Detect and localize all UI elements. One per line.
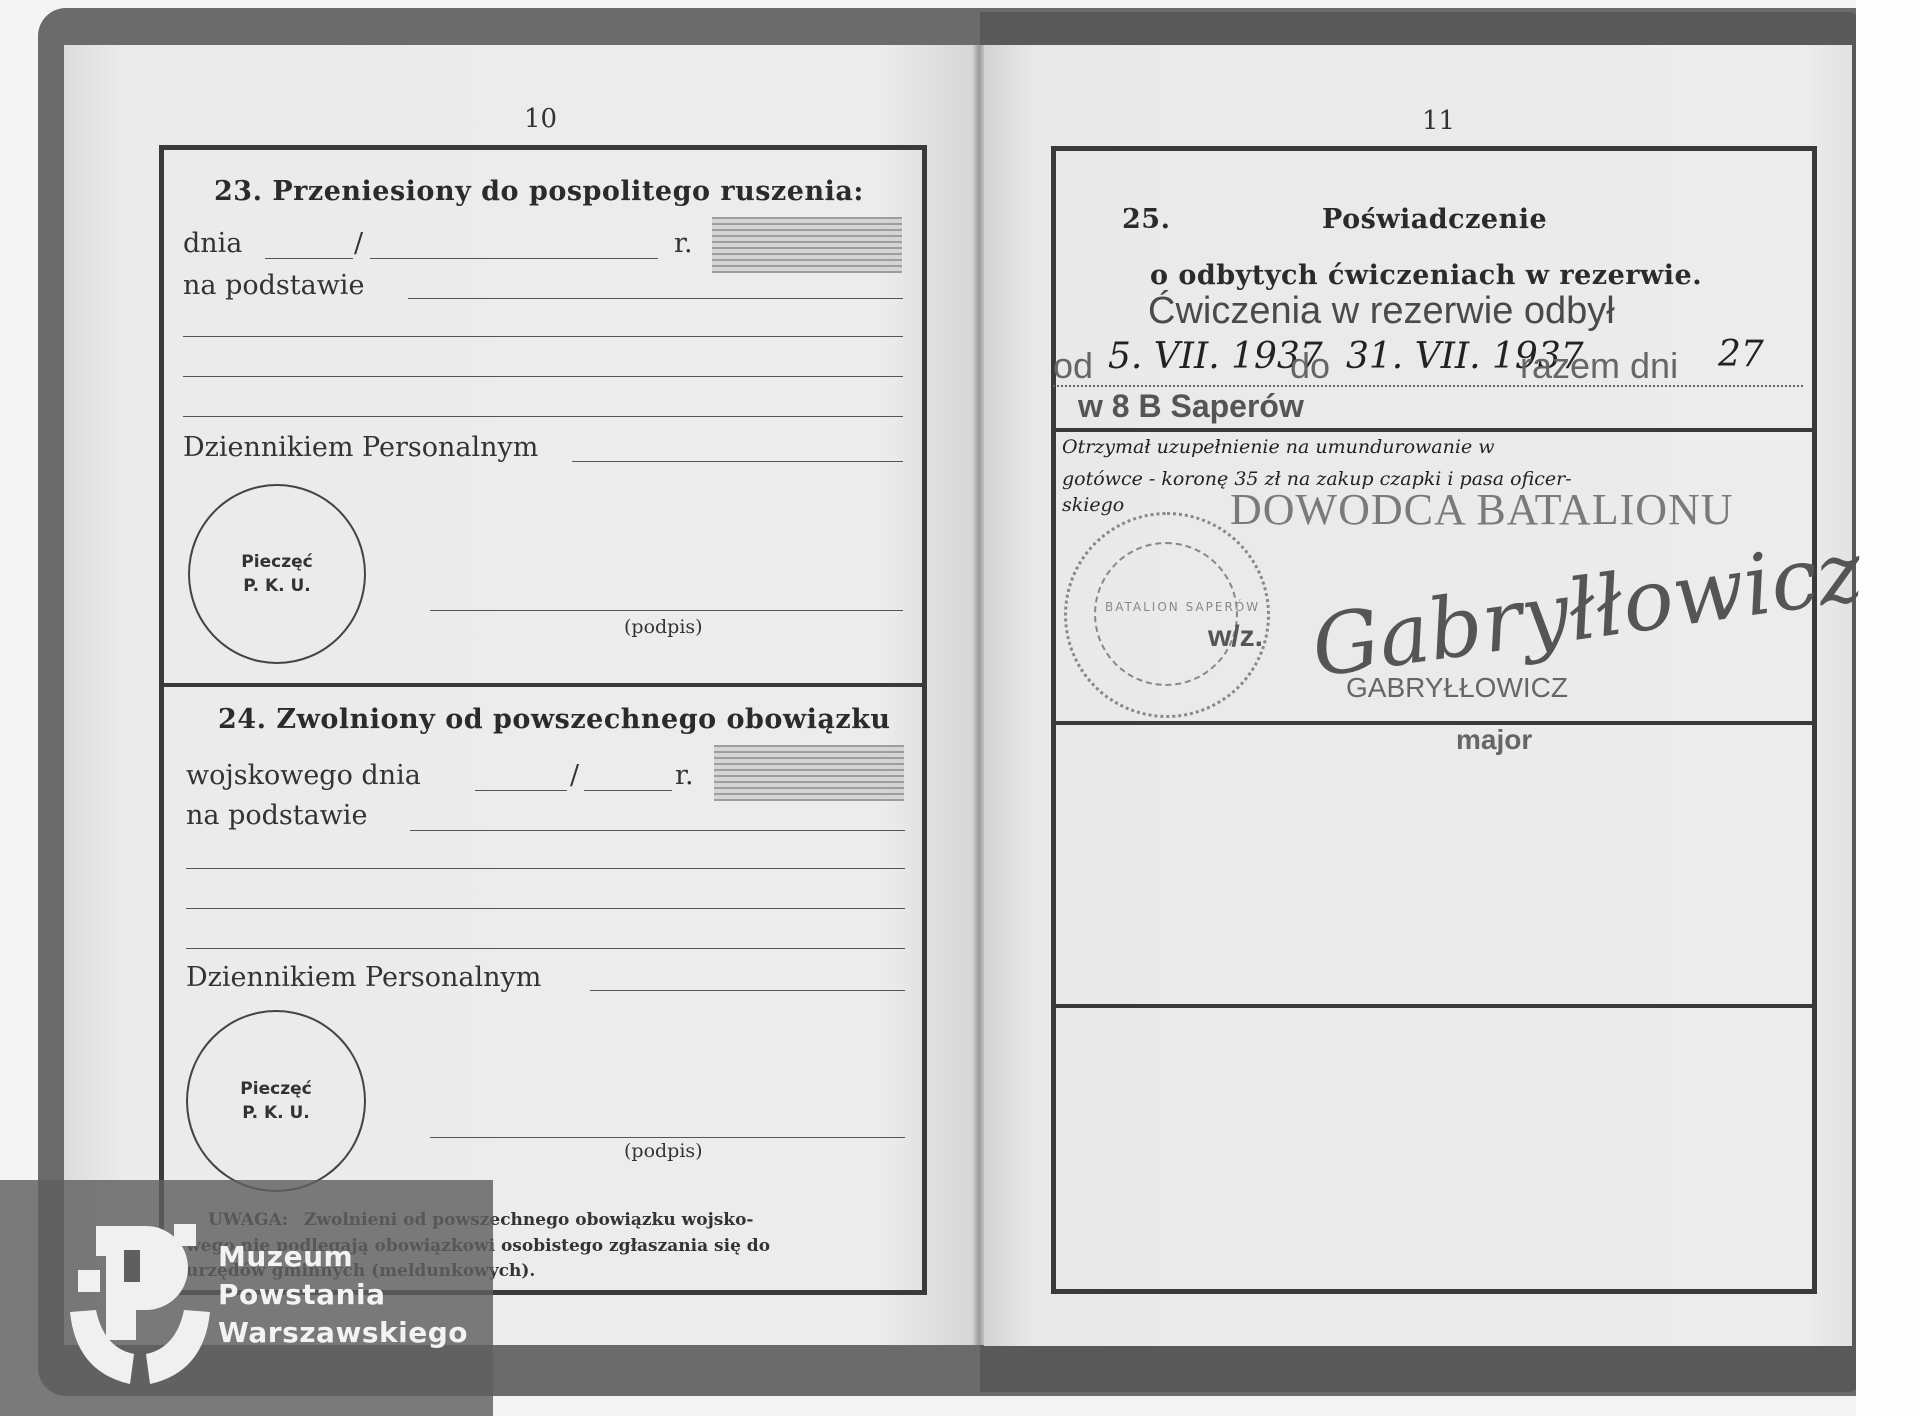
section-23-signature-caption: (podpis) [624, 616, 703, 638]
commander-rank: major [1456, 724, 1532, 756]
section-23-basis-label: na podstawie [183, 270, 364, 301]
watermark-line-1: Muzeum [218, 1240, 353, 1273]
section-24-basis-label: na podstawie [186, 800, 367, 831]
section-23-date-label: dnia [183, 228, 242, 259]
watermark-line-3: Warszawskiego [218, 1316, 468, 1349]
year-hatch-pattern [712, 217, 902, 273]
section-25-number: 25. [1122, 204, 1170, 235]
handwritten-note-line-1: Otrzymał uzupełnienie na umundurowanie w [1062, 436, 1495, 458]
stamp-label-line2: P. K. U. [242, 1101, 310, 1125]
section-24-heading: 24. Zwolniony od powszechnego obowiązku [218, 704, 891, 735]
section-24-journal-field[interactable] [590, 990, 905, 991]
section-24-basis-line-2[interactable] [186, 868, 905, 869]
section-23-journal-label: Dziennikiem Personalnym [183, 432, 538, 463]
section-23-signature-field[interactable] [430, 610, 903, 611]
section-23-basis-field[interactable] [408, 298, 903, 299]
section-24-signature-caption: (podpis) [624, 1140, 703, 1162]
year-suffix: r. [674, 228, 693, 259]
unit-divider [1055, 428, 1813, 432]
to-label: do [1290, 345, 1330, 387]
museum-watermark: Muzeum Powstania Warszawskiego [0, 1180, 493, 1416]
section-24-basis-line-3[interactable] [186, 908, 905, 909]
section-23-day-field[interactable] [265, 258, 353, 259]
section-24-basis-line-4[interactable] [186, 948, 905, 949]
lower-divider [1055, 1004, 1813, 1008]
total-label: razem dni [1520, 345, 1678, 387]
section-24-day-field[interactable] [475, 790, 567, 791]
section-23-heading: 23. Przeniesiony do pospolitego ruszenia… [214, 176, 864, 207]
stamp-label-line2: P. K. U. [243, 574, 311, 598]
typed-exercises-line: Ćwiczenia w rezerwie odbył [1148, 290, 1615, 333]
date-separator: / [354, 228, 363, 259]
section-24-signature-field[interactable] [430, 1137, 905, 1138]
section-24-month-field[interactable] [584, 790, 672, 791]
battalion-stamp-inner [1094, 542, 1238, 686]
section-25-subtitle: o odbytych ćwiczeniach w rezerwie. [1150, 260, 1702, 291]
section-24-basis-field[interactable] [410, 830, 905, 831]
round-stamp-text: BATALION SAPERÓW [1105, 600, 1260, 614]
background-edge [1856, 0, 1920, 1416]
from-label: od [1053, 345, 1093, 387]
section-23-basis-line-4[interactable] [183, 416, 903, 417]
stamp-label-line1: Pieczęć [241, 550, 312, 574]
year-suffix: r. [675, 760, 694, 791]
year-hatch-pattern [714, 745, 904, 801]
watermark-line-2: Powstania [218, 1278, 386, 1311]
commander-name: GABRYŁŁOWICZ [1346, 672, 1568, 704]
stamp-label-line1: Pieczęć [240, 1077, 311, 1101]
section-25-title: Poświadczenie [1322, 204, 1547, 235]
date-separator: / [570, 760, 579, 791]
section-23-basis-line-3[interactable] [183, 376, 903, 377]
section-23-journal-field[interactable] [572, 461, 903, 462]
pku-stamp-placeholder: Pieczęć P. K. U. [188, 484, 366, 664]
page-number-right: 11 [1422, 106, 1455, 136]
section-23-month-field[interactable] [370, 258, 658, 259]
unit-name: w 8 B Saperów [1078, 388, 1304, 425]
commander-title: DOWODCA BATALIONU [1230, 484, 1734, 535]
section-divider [163, 683, 923, 687]
page-number-left: 10 [524, 104, 557, 134]
on-behalf-mark: w/z. [1208, 620, 1263, 654]
total-days: 27 [1718, 334, 1764, 375]
dates-dotted-line [1053, 385, 1803, 387]
section-24-heading-line2: wojskowego dnia [186, 760, 421, 791]
signature-divider [1055, 721, 1813, 725]
section-23-basis-line-2[interactable] [183, 336, 903, 337]
handwritten-note-line-3: skiego [1062, 494, 1124, 516]
section-24-journal-label: Dziennikiem Personalnym [186, 962, 541, 993]
pku-stamp-placeholder: Pieczęć P. K. U. [186, 1010, 366, 1192]
